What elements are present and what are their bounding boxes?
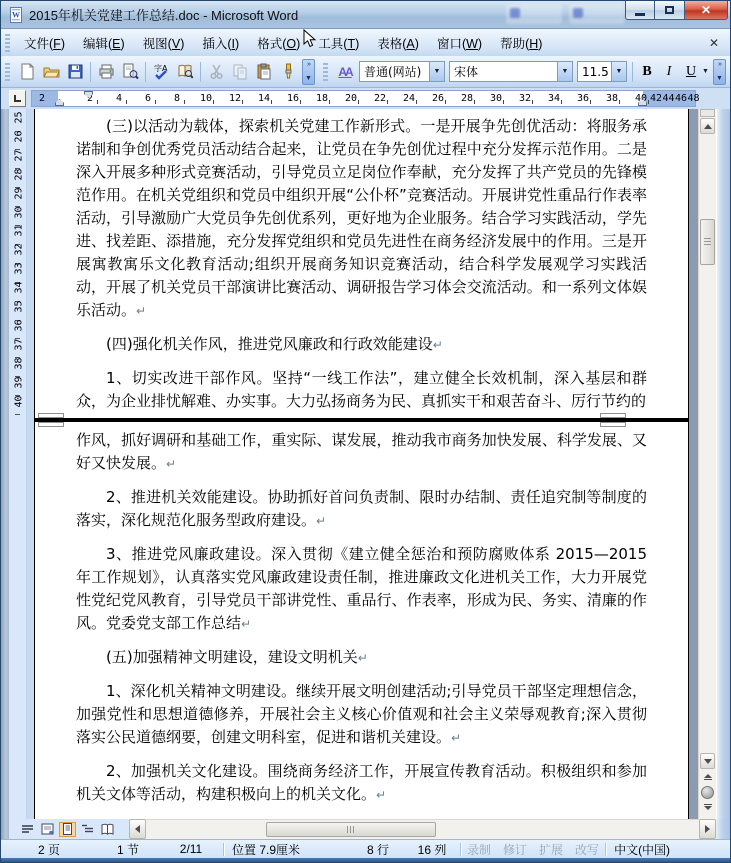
left-tab-icon — [14, 95, 21, 102]
ruler-number: 27 — [14, 148, 25, 162]
ruler-number: 38 — [606, 93, 618, 104]
ruler-number: 14 — [258, 93, 270, 104]
formatting-toolbar-handle[interactable] — [323, 63, 328, 81]
ruler-number: 34 — [14, 281, 25, 295]
status-page-of-total: 2/11 — [159, 842, 223, 856]
horizontal-scroll-thumb[interactable] — [266, 822, 436, 837]
menu-bar: 文件(F)编辑(E)视图(V)插入(I)格式(O)工具(T)表格(A)窗口(W)… — [1, 29, 731, 56]
scroll-right-button[interactable] — [699, 819, 716, 839]
reading-layout-view-button[interactable] — [99, 822, 116, 837]
menu-item-T[interactable]: 工具(T) — [309, 30, 368, 56]
style-dropdown-arrow-icon[interactable]: ▼ — [429, 62, 444, 81]
background-glass-artifact — [506, 4, 562, 24]
paragraph-mark: ↵ — [433, 338, 443, 352]
standard-toolbar-options-button[interactable]: »▼ — [302, 59, 315, 85]
ruler-number: 24 — [403, 93, 415, 104]
toolbar-drag-handle[interactable] — [5, 34, 10, 52]
ruler-number: 37 — [14, 337, 25, 351]
ruler-number: 2 — [39, 93, 45, 104]
paragraph-mark: ↵ — [376, 788, 386, 802]
menu-item-V[interactable]: 视图(V) — [134, 30, 194, 56]
ruler-number: 46 — [675, 93, 687, 104]
restore-icon — [665, 6, 674, 14]
paragraph: 作风，抓好调研和基础工作，重实际、谋发展，推动我市商务加快发展、科学发展、又好又… — [76, 429, 647, 476]
status-section: 1 节 — [97, 841, 159, 858]
ruler-number: 18 — [316, 93, 328, 104]
vertical-scrollbar[interactable] — [698, 109, 716, 819]
ruler-number: 30 — [14, 205, 25, 219]
copy-button — [228, 60, 252, 84]
font-size-dropdown-arrow-icon[interactable]: ▼ — [611, 62, 626, 81]
horizontal-scrollbar-row — [1, 819, 731, 839]
ruler-number: 36 — [577, 93, 589, 104]
save-button[interactable] — [63, 60, 87, 84]
bold-button[interactable]: B — [636, 61, 658, 83]
horizontal-ruler: 2 24681012141618202224262830323436384042… — [31, 90, 696, 107]
ruler-number: 28 — [461, 93, 473, 104]
paragraph: 1、切实改进干部作风。坚持“一线工作法”，建立健全长效机制，深入基层和群众，为企… — [76, 367, 647, 413]
menu-item-E[interactable]: 编辑(E) — [74, 30, 134, 56]
menubar-close-icon[interactable]: ✕ — [706, 36, 722, 50]
font-combobox[interactable]: 宋体 ▼ — [449, 61, 573, 82]
arrow-left-icon — [135, 825, 140, 833]
format-painter-button[interactable] — [276, 60, 300, 84]
ruler-number: 39 — [14, 375, 25, 389]
main-area: 25262728293031323334353637383940 (三)以活动为… — [1, 109, 731, 819]
ruler-number: 16 — [287, 93, 299, 104]
ruler-number: 35 — [14, 300, 25, 314]
status-mode-record[interactable]: 录制 — [461, 841, 497, 858]
web-layout-view-button[interactable] — [39, 822, 56, 837]
scroll-down-button[interactable] — [700, 753, 715, 769]
style-combobox[interactable]: 普通(网站) ▼ — [359, 61, 445, 82]
background-glass-artifact — [569, 4, 625, 24]
menu-item-H[interactable]: 帮助(H) — [491, 30, 551, 56]
restore-button[interactable] — [655, 1, 685, 20]
print-layout-view-button[interactable] — [59, 822, 76, 837]
split-window-handle[interactable] — [700, 109, 715, 117]
ruler-number: 44 — [662, 93, 674, 104]
outline-view-button[interactable] — [79, 822, 96, 837]
status-mode-track-changes[interactable]: 修订 — [497, 841, 533, 858]
document-content: (三)以活动为载体，探索机关党建工作新形式。一是开展争先创优活动：将服务承诺制和… — [35, 109, 688, 807]
svg-text:字: 字 — [154, 63, 162, 73]
menu-item-O[interactable]: 格式(O) — [248, 30, 309, 56]
new-document-button[interactable] — [15, 60, 39, 84]
minimize-button[interactable] — [625, 1, 655, 20]
underline-dropdown-arrow-icon[interactable]: ▼ — [702, 68, 709, 75]
status-language: 中文(中国) — [606, 841, 678, 858]
select-browse-object-button[interactable] — [701, 786, 714, 799]
ruler-number: 31 — [14, 224, 25, 238]
standard-toolbar-handle[interactable] — [5, 63, 10, 81]
paragraph-mark: ↵ — [358, 651, 368, 665]
ruler-number: 6 — [145, 93, 151, 104]
window-left-border — [1, 109, 9, 819]
menu-item-I[interactable]: 插入(I) — [193, 30, 248, 56]
print-preview-button[interactable] — [118, 60, 142, 84]
ruler-number: 4 — [116, 93, 122, 104]
paragraph: 1、深化机关精神文明建设。继续开展文明创建活动;引导党员干部坚定理想信念，加强党… — [76, 680, 647, 750]
open-folder-button[interactable] — [39, 60, 63, 84]
ruler-number: 34 — [548, 93, 560, 104]
styles-and-formatting-button[interactable]: AA — [333, 65, 357, 79]
ruler-number: 32 — [519, 93, 531, 104]
minimize-icon — [635, 13, 645, 16]
paragraph-mark: ↵ — [166, 457, 176, 471]
ruler-number: 38 — [14, 356, 25, 370]
ruler-row: 2 24681012141618202224262830323436384042… — [1, 88, 731, 109]
normal-view-button[interactable] — [19, 822, 36, 837]
formatting-toolbar-options-button[interactable]: »▼ — [713, 59, 726, 85]
word-document-icon: W — [8, 7, 24, 23]
page-break — [35, 413, 688, 427]
print-button[interactable] — [94, 60, 118, 84]
view-buttons — [9, 819, 129, 839]
arrow-down-icon — [704, 759, 712, 764]
scroll-up-button[interactable] — [700, 118, 715, 134]
ruler-number: 26 — [14, 129, 25, 143]
arrow-right-icon — [705, 825, 710, 833]
paragraph: 2、推进机关效能建设。协助抓好首问负责制、限时办结制、责任追究制等制度的落实，深… — [76, 486, 647, 533]
menu-item-W[interactable]: 窗口(W) — [428, 30, 491, 56]
paragraph: 3、推进党风廉政建设。深入贯彻《建立健全惩治和预防腐败体系 2015—2015 … — [76, 543, 647, 636]
arrow-up-icon — [704, 124, 712, 129]
ruler-number: 42 — [650, 93, 662, 104]
double-arrow-up-icon — [704, 774, 712, 778]
close-button[interactable]: ✕ — [685, 1, 728, 20]
paragraph-mark: ↵ — [241, 617, 251, 631]
status-line: 8 行 — [352, 841, 404, 858]
ruler-number: 25 — [14, 111, 25, 125]
vertical-scroll-thumb[interactable] — [700, 219, 715, 265]
horizontal-scroll-track[interactable] — [146, 819, 699, 839]
next-page-button[interactable] — [700, 799, 715, 815]
menu-item-F[interactable]: 文件(F) — [15, 30, 74, 56]
ruler-number: 22 — [374, 93, 386, 104]
window-title: 2015年机关党建工作总结.doc - Microsoft Word — [29, 5, 298, 24]
title-bar: W 2015年机关党建工作总结.doc - Microsoft Word ✕ — [1, 1, 731, 29]
paste-button[interactable] — [252, 60, 276, 84]
paragraph-mark: ↵ — [451, 731, 461, 745]
scroll-left-button[interactable] — [129, 819, 146, 839]
underline-button[interactable]: U — [680, 61, 702, 83]
ruler-number: 29 — [14, 186, 25, 200]
status-mode-extend[interactable]: 扩展 — [533, 841, 569, 858]
ruler-number: 28 — [14, 167, 25, 181]
font-size-combobox[interactable]: 11.5 ▼ — [577, 61, 627, 82]
paragraph: (四)强化机关作风，推进党风廉政和行政效能建设↵ — [76, 333, 647, 357]
cut-button — [204, 60, 228, 84]
double-arrow-down-icon — [704, 806, 712, 810]
status-mode-overtype[interactable]: 改写 — [569, 841, 605, 858]
status-column: 16 列 — [404, 841, 460, 858]
paragraph-mark: ↵ — [136, 304, 146, 318]
status-page: 2 页 — [1, 841, 97, 858]
ruler-number: 33 — [14, 262, 25, 276]
toolbar-row: 字A »▼ AA 普通(网站) ▼ 宋体 ▼ 11.5 ▼ B I U ▼ »▼ — [1, 56, 731, 88]
font-dropdown-arrow-icon[interactable]: ▼ — [557, 62, 572, 81]
ruler-number: 30 — [490, 93, 502, 104]
ruler-number: 26 — [432, 93, 444, 104]
ruler-number: 32 — [14, 243, 25, 257]
tab-stop-selector[interactable] — [9, 90, 26, 107]
paragraph-mark: ↵ — [316, 514, 326, 528]
page-gutter — [27, 109, 34, 819]
paragraph: (五)加强精神文明建设，建设文明机关↵ — [76, 646, 647, 670]
paragraph: (三)以活动为载体，探索机关党建工作新形式。一是开展争先创优活动：将服务承诺制和… — [76, 115, 647, 323]
spelling-grammar-button[interactable]: 字A — [149, 60, 173, 84]
ruler-number: 8 — [174, 93, 180, 104]
previous-page-button[interactable] — [700, 769, 715, 785]
vertical-ruler: 25262728293031323334353637383940 — [9, 109, 27, 819]
ruler-number: 48 — [687, 93, 699, 104]
status-position: 位置 7.9厘米 — [224, 841, 352, 858]
close-icon: ✕ — [701, 3, 711, 17]
research-button[interactable] — [173, 60, 197, 84]
ruler-number: 36 — [14, 318, 25, 332]
document-canvas-background — [689, 109, 698, 819]
ruler-number: 10 — [200, 93, 212, 104]
italic-button[interactable]: I — [658, 61, 680, 83]
window-bottom-border — [1, 858, 731, 863]
paragraph: 2、加强机关文化建设。围绕商务经济工作，开展宣传教育活动。积极组织和参加机关文体… — [76, 760, 647, 807]
document-page[interactable]: (三)以活动为载体，探索机关党建工作新形式。一是开展争先创优活动：将服务承诺制和… — [34, 109, 689, 819]
ruler-number: 40 — [14, 394, 25, 408]
word-window: W 2015年机关党建工作总结.doc - Microsoft Word ✕ 文… — [0, 0, 731, 863]
window-right-border — [716, 109, 731, 819]
svg-text:W: W — [12, 10, 20, 19]
ruler-number: 20 — [345, 93, 357, 104]
menu-item-A[interactable]: 表格(A) — [368, 30, 428, 56]
status-bar: 2 页 1 节 2/11 位置 7.9厘米 8 行 16 列 录制 修订 扩展 … — [1, 839, 731, 858]
ruler-number: 12 — [229, 93, 241, 104]
